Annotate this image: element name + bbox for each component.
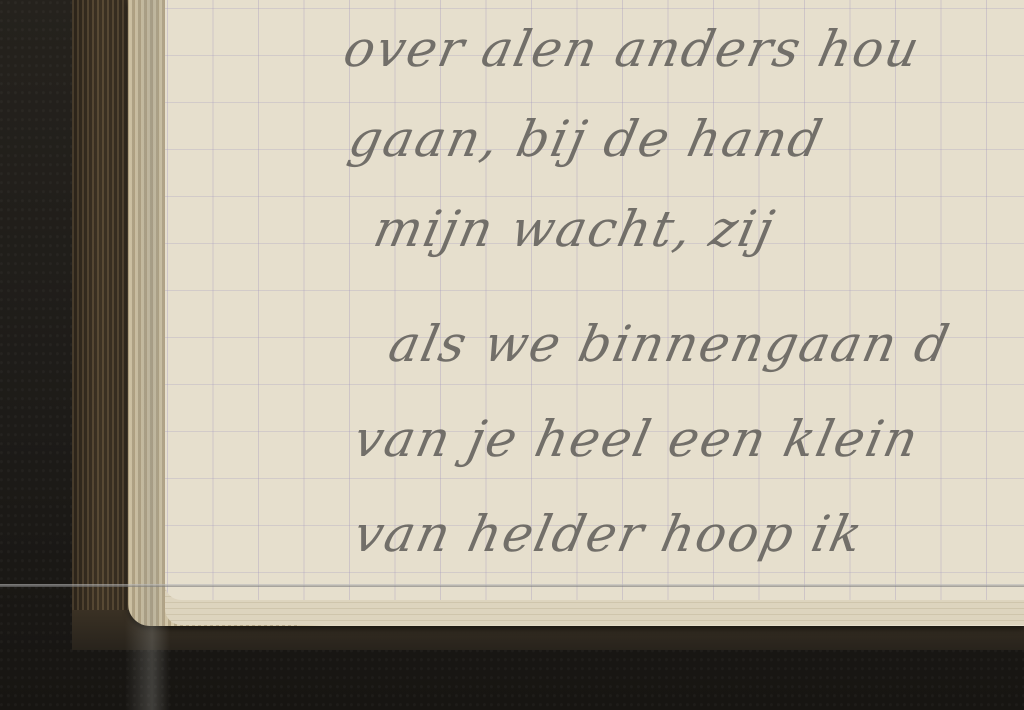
glass-reflection-line (0, 584, 1024, 587)
handwritten-line-1: over alen anders hou (339, 20, 926, 78)
grid-paper-page: over alen anders hou gaan, bij de hand m… (165, 0, 1024, 600)
handwritten-line-4: als we binnengaan d (384, 315, 956, 373)
handwritten-line-2: gaan, bij de hand (344, 110, 829, 168)
handwritten-line-5: van je heel een klein (349, 410, 925, 468)
page-gutter-shadow (125, 0, 170, 710)
handwritten-line-6: van helder hoop ik (349, 505, 869, 563)
handwritten-line-3: mijn wacht, zij (369, 200, 781, 258)
